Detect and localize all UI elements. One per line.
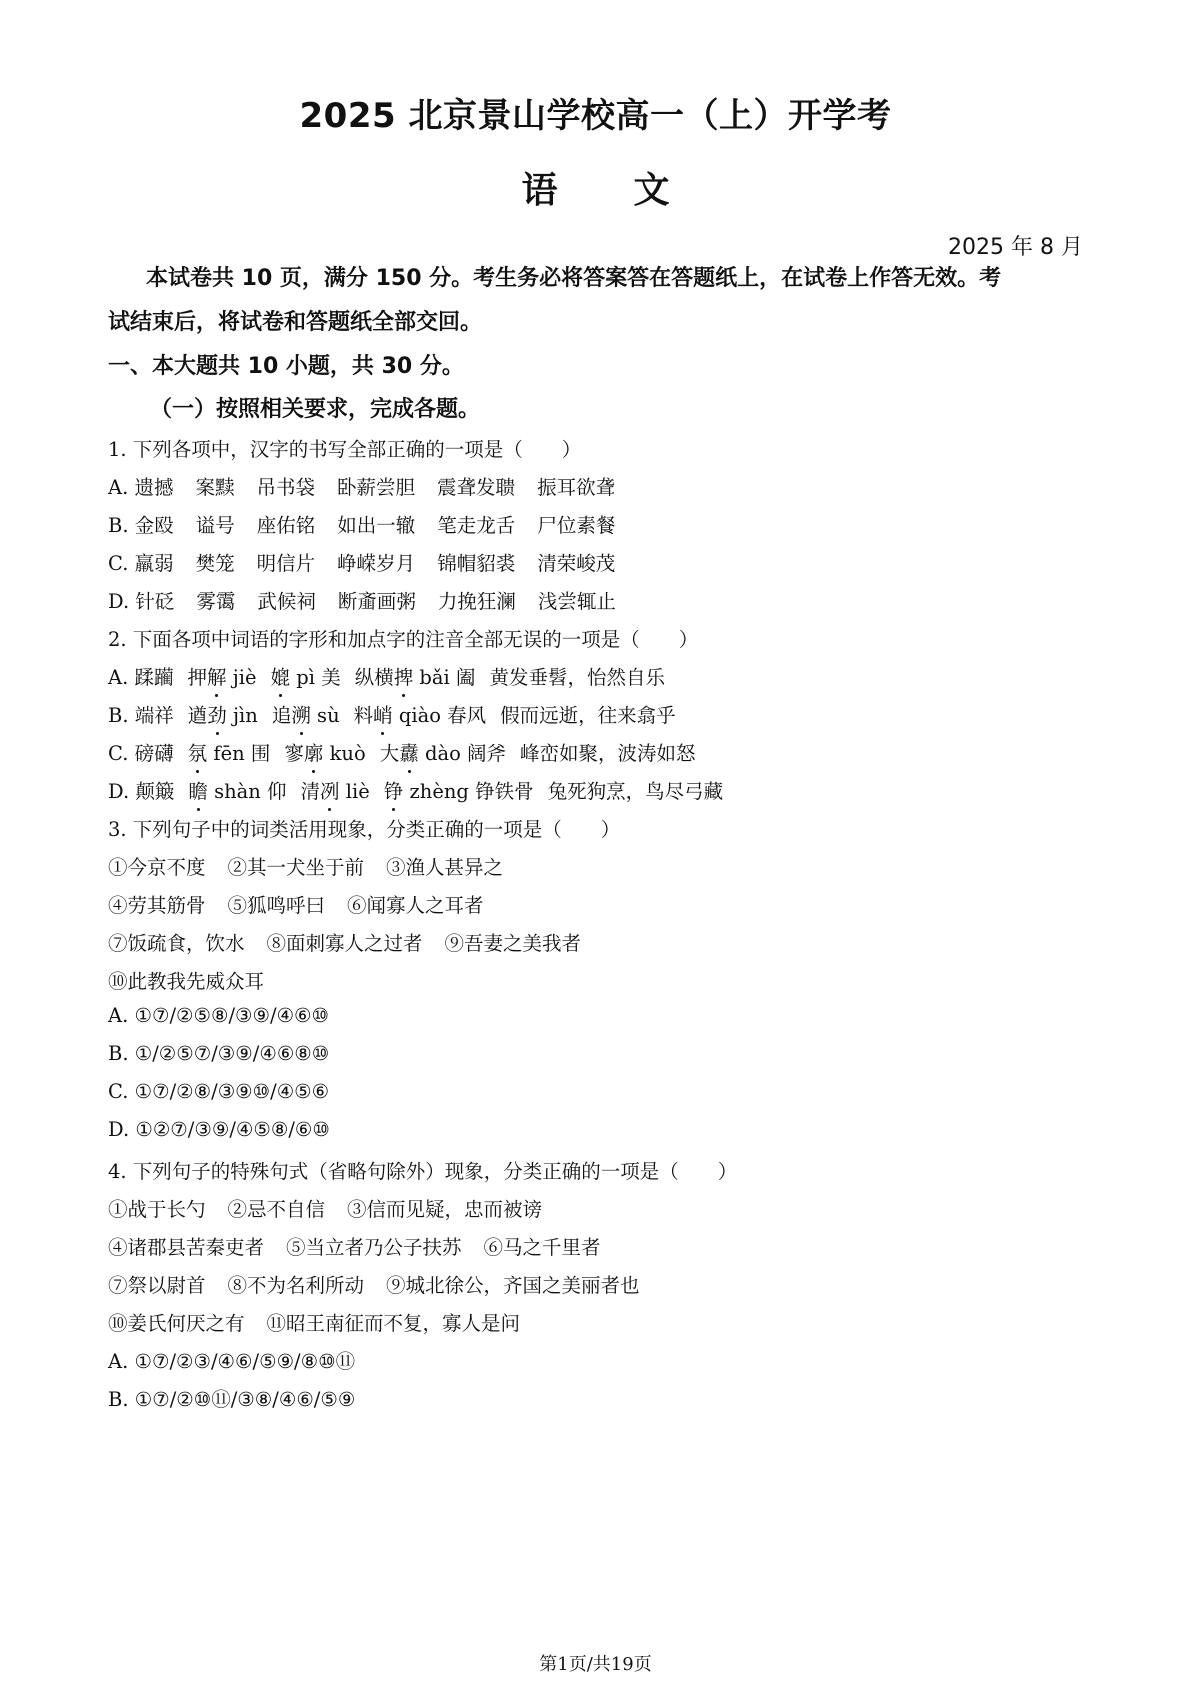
subject-char: 语 <box>521 162 557 213</box>
option-term: 兔死狗烹，鸟尽弓藏 <box>548 776 724 804</box>
option-label: C. <box>108 552 135 575</box>
option-label: B. <box>108 1388 135 1411</box>
option-text: ①②⑦/③⑨/④⑤⑧/⑥⑩ <box>135 1118 330 1141</box>
page-indicator: 第1页/共19页 <box>0 1650 1191 1676</box>
numbered-sentence: ⑧面刺寡人之过者 <box>267 928 423 956</box>
option-term: 峰峦如聚，波涛如怒 <box>520 738 696 766</box>
term-text: 峰峦如聚，波涛如怒 <box>520 742 696 765</box>
numbered-sentence: ⑤狐鸣呼曰 <box>228 890 326 918</box>
option-word: 雾霭 <box>196 586 235 614</box>
term-text: 蹂躏 <box>134 666 173 689</box>
numbered-sentence: ⑥闻寡人之耳者 <box>347 890 484 918</box>
option-label: D. <box>108 590 135 613</box>
option-word: 峥嵘岁月 <box>337 548 415 576</box>
dotted-char: 捭 <box>394 662 414 690</box>
dotted-char: 媲 <box>271 662 291 690</box>
pinyin-text: pì 美 <box>290 666 341 689</box>
option-word: 尸位素餐 <box>537 510 615 538</box>
pinyin-text: zhèng 铮铁骨 <box>403 780 533 803</box>
option-term: 媲 pì 美 <box>271 662 341 690</box>
option-term: 大纛 dào 阔斧 <box>380 738 506 766</box>
sentence-row: ⑦祭以尉首⑧不为名利所动⑨城北徐公，齐国之美丽者也 <box>108 1270 662 1298</box>
pinyin-text: qiào 春风 <box>393 704 486 727</box>
option-label: D. <box>108 1118 135 1141</box>
sentence-row: ①战于长勺②忌不自信③信而见疑，忠而被谤 <box>108 1194 564 1222</box>
option-word: 笔走龙舌 <box>437 510 515 538</box>
sub-section-heading: （一）按照相关要求，完成各题。 <box>150 392 480 423</box>
term-text: 颠簸 <box>135 780 174 803</box>
sentence-row: ④诸郡县苦秦吏者⑤当立者乃公子扶苏⑥马之千里者 <box>108 1232 623 1260</box>
section-heading: 一、本大题共 10 小题，共 30 分。 <box>108 349 464 380</box>
option-term: 料峭 qiào 春风 <box>354 700 487 728</box>
option-term: 纵横捭 bǎi 阖 <box>355 662 476 690</box>
option-word: 浅尝辄止 <box>538 586 616 614</box>
pinyin-text: dào 阔斧 <box>419 742 506 765</box>
numbered-sentence: ④诸郡县苦秦吏者 <box>108 1232 264 1260</box>
numbered-sentence: ⑪昭王南征而不复，寡人是问 <box>267 1308 521 1336</box>
term-text: 追 <box>272 704 292 727</box>
numbered-sentence: ①今京不度 <box>108 852 206 880</box>
option-label: A. <box>108 1004 134 1027</box>
pinyin-text: sù <box>311 704 340 727</box>
question-3-stem: 3. 下列句子中的词类活用现象，分类正确的一项是（ ） <box>108 814 620 842</box>
option-label: B. <box>108 514 135 537</box>
answer-option: A. 遗撼案黩吊书袋卧薪尝胆震聋发聩振耳欲聋 <box>108 472 637 500</box>
numbered-sentence: ①战于长勺 <box>108 1194 206 1222</box>
pinyin-text: fēn 围 <box>207 742 270 765</box>
term-text: 端祥 <box>135 704 174 727</box>
option-term: 假而远逝，往来翕乎 <box>500 700 676 728</box>
option-text: ①⑦/②⑧/③⑨⑩/④⑤⑥ <box>135 1080 330 1103</box>
option-word: 武候祠 <box>257 586 316 614</box>
dotted-char: 纛 <box>399 738 419 766</box>
answer-option: D. 针砭雾霭武候祠断齑画粥力挽狂澜浅尝辄止 <box>108 586 638 614</box>
question-2-stem: 2. 下面各项中词语的字形和加点字的注音全部无误的一项是（ ） <box>108 624 698 652</box>
term-text: 假而远逝，往来翕乎 <box>500 704 676 727</box>
sentence-row: ⑩此教我先威众耳 <box>108 966 286 994</box>
option-word: 案黩 <box>196 472 235 500</box>
option-term: 寥廓 kuò <box>284 738 365 766</box>
pinyin-text: bǎi 阖 <box>413 666 475 689</box>
numbered-sentence: ⑨城北徐公，齐国之美丽者也 <box>386 1270 640 1298</box>
term-text: 磅礴 <box>135 742 174 765</box>
answer-option: D. 颠簸瞻 shàn 仰清冽 liè铮 zhèng 铮铁骨兔死狗烹，鸟尽弓藏 <box>108 776 737 804</box>
answer-option: B. ①/②⑤⑦/③⑨/④⑥⑧⑩ <box>108 1042 329 1065</box>
option-word: 座佑铭 <box>257 510 316 538</box>
option-text: ①⑦/②③/④⑥/⑤⑨/⑧⑩⑪ <box>134 1350 355 1373</box>
numbered-sentence: ⑤当立者乃公子扶苏 <box>286 1232 462 1260</box>
pinyin-text: jìn <box>227 704 258 727</box>
option-term: 追溯 sù <box>272 700 340 728</box>
pinyin-text: liè <box>340 780 370 803</box>
option-term: 端祥 <box>135 700 174 728</box>
term-text: 纵横 <box>355 666 394 689</box>
option-text: ①⑦/②⑤⑧/③⑨/④⑥⑩ <box>134 1004 329 1027</box>
numbered-sentence: ⑨吾妻之美我者 <box>445 928 582 956</box>
question-4-stem: 4. 下列句子的特殊句式（省略句除外）现象，分类正确的一项是（ ） <box>108 1156 737 1184</box>
term-text: 料 <box>354 704 374 727</box>
subject-char: 文 <box>634 162 670 213</box>
option-word: 谥号 <box>196 510 235 538</box>
option-label: C. <box>108 1080 135 1103</box>
option-word: 羸弱 <box>135 548 174 576</box>
numbered-sentence: ⑧不为名利所动 <box>228 1270 365 1298</box>
exam-title: 2025 北京景山学校高一（上）开学考 <box>0 88 1191 137</box>
option-term: 铮 zhèng 铮铁骨 <box>384 776 534 804</box>
option-term: 磅礴 <box>135 738 174 766</box>
dotted-char: 劲 <box>207 700 227 728</box>
answer-option: B. 金殴谥号座佑铭如出一辙笔走龙舌尸位素餐 <box>108 510 637 538</box>
answer-option: A. ①⑦/②⑤⑧/③⑨/④⑥⑩ <box>108 1004 329 1027</box>
option-term: 遒劲 jìn <box>188 700 258 728</box>
numbered-sentence: ④劳其筋骨 <box>108 890 206 918</box>
option-word: 樊笼 <box>196 548 235 576</box>
subject-title: 语文 <box>0 162 1191 213</box>
answer-option: C. 磅礴氛 fēn 围寥廓 kuò大纛 dào 阔斧峰峦如聚，波涛如怒 <box>108 738 710 766</box>
option-word: 断齑画粥 <box>338 586 416 614</box>
answer-option: C. 羸弱樊笼明信片峥嵘岁月锦帽貂裘清荣峻茂 <box>108 548 637 576</box>
pinyin-text: jiè <box>227 666 257 689</box>
numbered-sentence: ③信而见疑，忠而被谤 <box>347 1194 542 1222</box>
option-word: 如出一辙 <box>337 510 415 538</box>
exam-date: 2025 年 8 月 <box>948 230 1083 261</box>
term-text: 兔死狗烹，鸟尽弓藏 <box>548 780 724 803</box>
dotted-char: 铮 <box>384 776 404 804</box>
option-text: ①⑦/②⑩⑪/③⑧/④⑥/⑤⑨ <box>135 1388 356 1411</box>
answer-option: D. ①②⑦/③⑨/④⑤⑧/⑥⑩ <box>108 1118 330 1141</box>
sentence-row: ①今京不度②其一犬坐于前③渔人甚异之 <box>108 852 525 880</box>
option-label: A. <box>108 666 134 689</box>
option-word: 吊书袋 <box>257 472 316 500</box>
option-term: 氛 fēn 围 <box>188 738 271 766</box>
instruction-line-1: 本试卷共 10 页，满分 150 分。考生务必将答案答在答题纸上，在试卷上作答无… <box>146 261 1001 292</box>
numbered-sentence: ③渔人甚异之 <box>386 852 503 880</box>
sentence-row: ⑩姜氏何厌之有⑪昭王南征而不复，寡人是问 <box>108 1308 542 1336</box>
sentence-row: ④劳其筋骨⑤狐鸣呼曰⑥闻寡人之耳者 <box>108 890 506 918</box>
dotted-char: 廓 <box>304 738 324 766</box>
dotted-char: 瞻 <box>188 776 208 804</box>
option-label: A. <box>108 1350 134 1373</box>
numbered-sentence: ⑩姜氏何厌之有 <box>108 1308 245 1336</box>
instruction-line-2: 试结束后，将试卷和答题纸全部交回。 <box>108 305 482 336</box>
answer-option: C. ①⑦/②⑧/③⑨⑩/④⑤⑥ <box>108 1080 329 1103</box>
dotted-char: 峭 <box>373 700 393 728</box>
term-text: 大 <box>380 742 400 765</box>
term-text: 押 <box>188 666 208 689</box>
option-word: 明信片 <box>257 548 316 576</box>
numbered-sentence: ⑩此教我先威众耳 <box>108 966 264 994</box>
option-word: 力挽狂澜 <box>438 586 516 614</box>
option-label: B. <box>108 704 135 727</box>
sentence-row: ⑦饭疏食，饮水⑧面刺寡人之过者⑨吾妻之美我者 <box>108 928 603 956</box>
answer-option: B. ①⑦/②⑩⑪/③⑧/④⑥/⑤⑨ <box>108 1384 355 1412</box>
option-term: 颠簸 <box>135 776 174 804</box>
question-1-stem: 1. 下列各项中，汉字的书写全部正确的一项是（ ） <box>108 434 581 462</box>
option-word: 金殴 <box>135 510 174 538</box>
option-term: 清冽 liè <box>301 776 370 804</box>
numbered-sentence: ⑦饭疏食，饮水 <box>108 928 245 956</box>
option-word: 清荣峻茂 <box>537 548 615 576</box>
option-word: 锦帽貂裘 <box>437 548 515 576</box>
term-text: 寥 <box>284 742 304 765</box>
pinyin-text: kuò <box>323 742 365 765</box>
dotted-char: 溯 <box>291 700 311 728</box>
answer-option: B. 端祥遒劲 jìn追溯 sù料峭 qiào 春风假而远逝，往来翕乎 <box>108 700 690 728</box>
option-word: 震聋发聩 <box>437 472 515 500</box>
answer-option: A. ①⑦/②③/④⑥/⑤⑨/⑧⑩⑪ <box>108 1346 355 1374</box>
option-term: 押解 jiè <box>188 662 257 690</box>
option-word: 遗撼 <box>134 472 173 500</box>
dotted-char: 冽 <box>320 776 340 804</box>
option-label: A. <box>108 476 134 499</box>
option-term: 瞻 shàn 仰 <box>188 776 286 804</box>
option-word: 振耳欲聋 <box>537 472 615 500</box>
option-term: 黄发垂髫，怡然自乐 <box>489 662 665 690</box>
term-text: 黄发垂髫，怡然自乐 <box>489 666 665 689</box>
numbered-sentence: ⑦祭以尉首 <box>108 1270 206 1298</box>
pinyin-text: shàn 仰 <box>208 780 287 803</box>
option-label: C. <box>108 742 135 765</box>
numbered-sentence: ⑥马之千里者 <box>484 1232 601 1260</box>
dotted-char: 解 <box>207 662 227 690</box>
option-label: B. <box>108 1042 135 1065</box>
answer-option: A. 蹂躏押解 jiè媲 pì 美纵横捭 bǎi 阖黄发垂髫，怡然自乐 <box>108 662 679 690</box>
option-word: 卧薪尝胆 <box>337 472 415 500</box>
term-text: 清 <box>301 780 321 803</box>
numbered-sentence: ②忌不自信 <box>228 1194 326 1222</box>
option-term: 蹂躏 <box>134 662 173 690</box>
option-label: D. <box>108 780 135 803</box>
term-text: 遒 <box>188 704 208 727</box>
dotted-char: 氛 <box>188 738 208 766</box>
option-text: ①/②⑤⑦/③⑨/④⑥⑧⑩ <box>135 1042 330 1065</box>
numbered-sentence: ②其一犬坐于前 <box>228 852 365 880</box>
option-word: 针砭 <box>135 586 174 614</box>
